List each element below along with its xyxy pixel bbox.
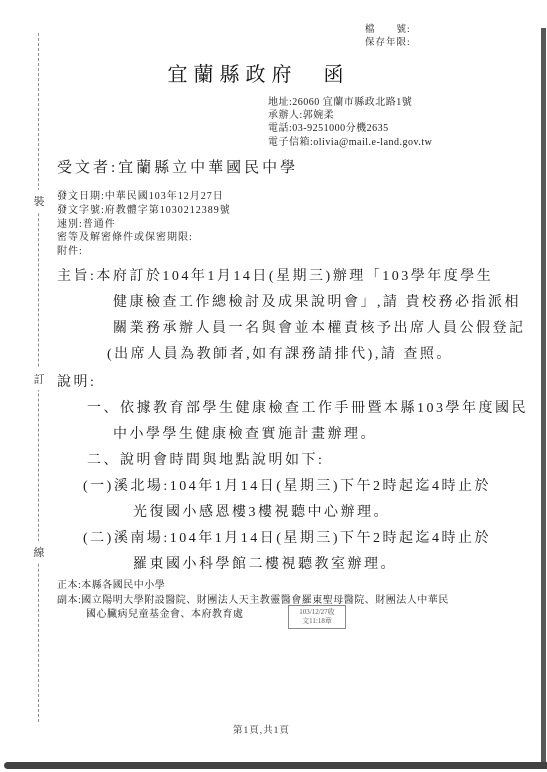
copies-line: 副本:國立陽明大學附設醫院、財團法人天主教靈醫會羅東聖母醫院、財團法人中華民 xyxy=(57,594,449,609)
scan-edge-right xyxy=(541,28,546,768)
scan-edge-bottom xyxy=(4,762,547,769)
meta-info: 發文日期:中華民國103年12月27日發文字號:府教體字第1030212389號… xyxy=(57,190,231,259)
copies-line: 正本:本縣各國民中小學 xyxy=(57,579,449,594)
archive-retention: 保存年限: xyxy=(365,37,411,50)
description-line: 光復國小感恩樓3樓視聽中心辦理。 xyxy=(133,500,528,526)
receipt-stamp-line: 文11:18章 xyxy=(289,617,345,626)
subject-line: 健康檢查工作總檢討及成果說明會」,請 貴校務必指派相 xyxy=(113,290,526,316)
sender-line: 承辦人:郭婉柔 xyxy=(268,109,432,122)
binding-mark: 裝 xyxy=(32,190,46,212)
sender-line: 電子信箱:olivia@mail.e-land.gov.tw xyxy=(268,136,432,149)
description-line: 一、依據教育部學生健康檢查工作手冊暨本縣103學年度國民 xyxy=(87,396,528,422)
description-line: 羅東國小科學館二樓視聽教室辦理。 xyxy=(133,552,528,578)
sender-line: 電話:03-9251000分機2635 xyxy=(268,122,432,135)
archive-file-no: 檔 號: xyxy=(365,24,411,37)
meta-line: 發文日期:中華民國103年12月27日 xyxy=(57,190,231,204)
copies-paragraph: 正本:本縣各國民中小學副本:國立陽明大學附設醫院、財團法人天主教靈醫會羅東聖母醫… xyxy=(57,579,449,623)
official-letter-page: 裝 訂 線 檔 號: 保存年限: 宜蘭縣政府 函 地址:26060 宜蘭市縣政北… xyxy=(0,0,547,772)
description-line: (一)溪北場:104年1月14日(星期三)下午2時起迄4時止於 xyxy=(83,474,528,500)
meta-line: 發文字號:府教體字第1030212389號 xyxy=(57,204,231,218)
description-line: 二、說明會時間與地點說明如下: xyxy=(87,448,528,474)
meta-line: 密等及解密條件或保密期限: xyxy=(57,231,231,245)
archive-box: 檔 號: 保存年限: xyxy=(365,24,411,50)
meta-line: 速別:普通件 xyxy=(57,218,231,232)
receipt-stamp-line: 103/12/27收 xyxy=(289,608,345,617)
sender-info: 地址:26060 宜蘭市縣政北路1號承辦人:郭婉柔電話:03-9251000分機… xyxy=(268,96,432,149)
binding-mark: 線 xyxy=(32,541,46,563)
document-title: 宜蘭縣政府 函 xyxy=(0,58,517,87)
description-line: 中小學學生健康檢查實施計畫辦理。 xyxy=(113,422,528,448)
subject-paragraph: 主旨:本府訂於104年1月14日(星期三)辦理「103學年度學生健康檢查工作總檢… xyxy=(57,264,526,368)
description-line: (二)溪南場:104年1月14日(星期三)下午2時起迄4時止於 xyxy=(83,526,528,552)
receipt-stamp: 103/12/27收 文11:18章 xyxy=(288,605,346,629)
page-footer: 第1頁,共1頁 xyxy=(0,722,523,736)
sender-line: 地址:26060 宜蘭市縣政北路1號 xyxy=(268,96,432,109)
subject-line: 關業務承辦人員一名與會並本權責核予出席人員公假登記 xyxy=(113,316,526,342)
copies-line: 國心臟病兒童基金會、本府教育處 xyxy=(86,608,449,623)
subject-line: (出席人員為教師者,如有課務請排代),請 查照。 xyxy=(107,342,526,368)
description-line: 說明: xyxy=(57,370,528,396)
meta-line: 附件: xyxy=(57,245,231,259)
subject-line: 主旨:本府訂於104年1月14日(星期三)辦理「103學年度學生 xyxy=(57,264,526,290)
recipient-line: 受文者:宜蘭縣立中華國民中學 xyxy=(57,156,298,177)
binding-mark: 訂 xyxy=(32,368,46,390)
description-paragraph: 說明:一、依據教育部學生健康檢查工作手冊暨本縣103學年度國民中小學學生健康檢查… xyxy=(57,370,528,578)
